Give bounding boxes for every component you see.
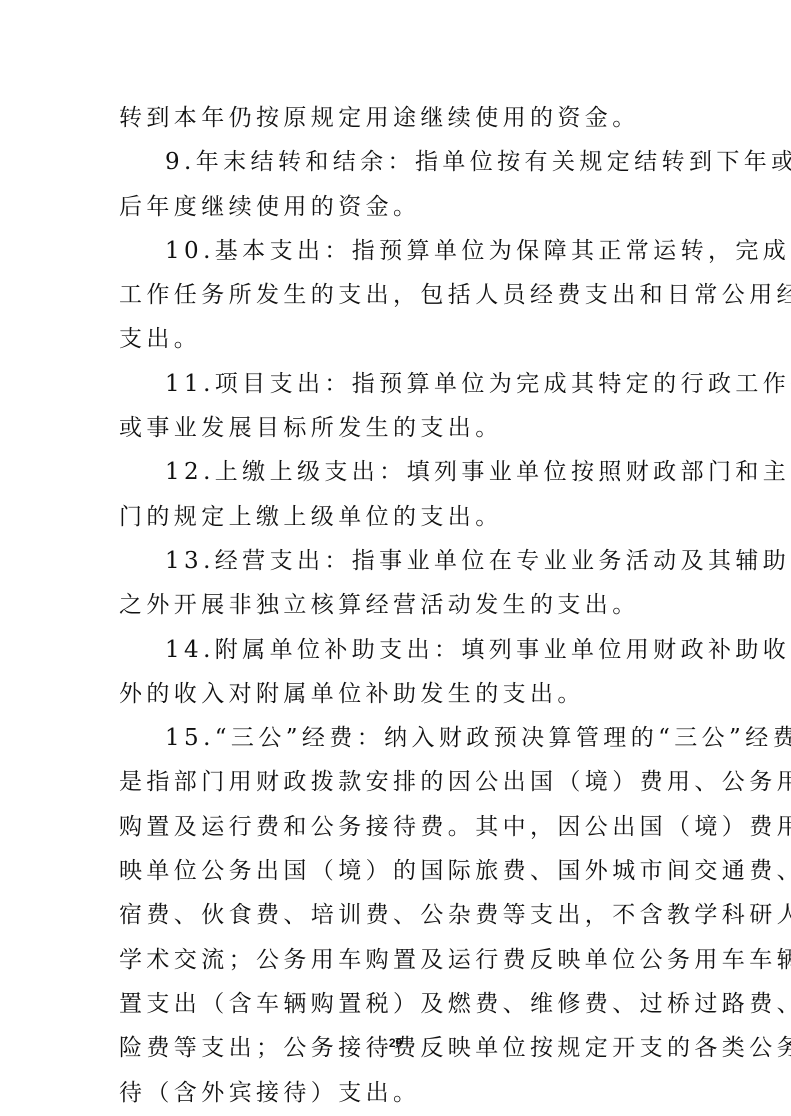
definition-10-line-3: 支出。 xyxy=(119,317,675,361)
page-number: 29 xyxy=(0,1036,791,1050)
definition-10-line-1: 10.基本支出：指预算单位为保障其正常运转，完成日常 xyxy=(119,229,675,273)
definition-12-line-1: 12.上缴上级支出：填列事业单位按照财政部门和主管部 xyxy=(119,450,675,494)
definition-15-line-1: 15.“三公”经费：纳入财政预决算管理的“三公”经费， xyxy=(119,716,675,760)
definition-11-line-1: 11.项目支出：指预算单位为完成其特定的行政工作任务 xyxy=(119,362,675,406)
definition-15-line-5: 宿费、伙食费、培训费、公杂费等支出，不含教学科研人员 xyxy=(119,893,675,937)
definition-10-line-2: 工作任务所发生的支出，包括人员经费支出和日常公用经费 xyxy=(119,273,675,317)
definition-14-line-2: 外的收入对附属单位补助发生的支出。 xyxy=(119,672,675,716)
text-line-carryover: 转到本年仍按原规定用途继续使用的资金。 xyxy=(119,96,675,140)
definition-11-line-2: 或事业发展目标所发生的支出。 xyxy=(119,406,675,450)
definition-15-line-6: 学术交流；公务用车购置及运行费反映单位公务用车车辆购 xyxy=(119,938,675,982)
definition-13-line-1: 13.经营支出：指事业单位在专业业务活动及其辅助活动 xyxy=(119,539,675,583)
definition-15-line-7: 置支出（含车辆购置税）及燃费、维修费、过桥过路费、保 xyxy=(119,982,675,1026)
definition-9-line-2: 后年度继续使用的资金。 xyxy=(119,185,675,229)
definition-15-line-9: 待（含外宾接待）支出。 xyxy=(119,1071,675,1115)
definition-12-line-2: 门的规定上缴上级单位的支出。 xyxy=(119,495,675,539)
definition-13-line-2: 之外开展非独立核算经营活动发生的支出。 xyxy=(119,583,675,627)
definition-14-line-1: 14.附属单位补助支出：填列事业单位用财政补助收入之 xyxy=(119,628,675,672)
definition-15-line-4: 映单位公务出国（境）的国际旅费、国外城市间交通费、住 xyxy=(119,849,675,893)
definition-15-line-2: 是指部门用财政拨款安排的因公出国（境）费用、公务用车 xyxy=(119,760,675,804)
definition-15-line-3: 购置及运行费和公务接待费。其中，因公出国（境）费用反 xyxy=(119,805,675,849)
document-body: 转到本年仍按原规定用途继续使用的资金。 9.年末结转和结余：指单位按有关规定结转… xyxy=(119,96,675,1115)
definition-9-line-1: 9.年末结转和结余：指单位按有关规定结转到下年或以 xyxy=(119,140,675,184)
